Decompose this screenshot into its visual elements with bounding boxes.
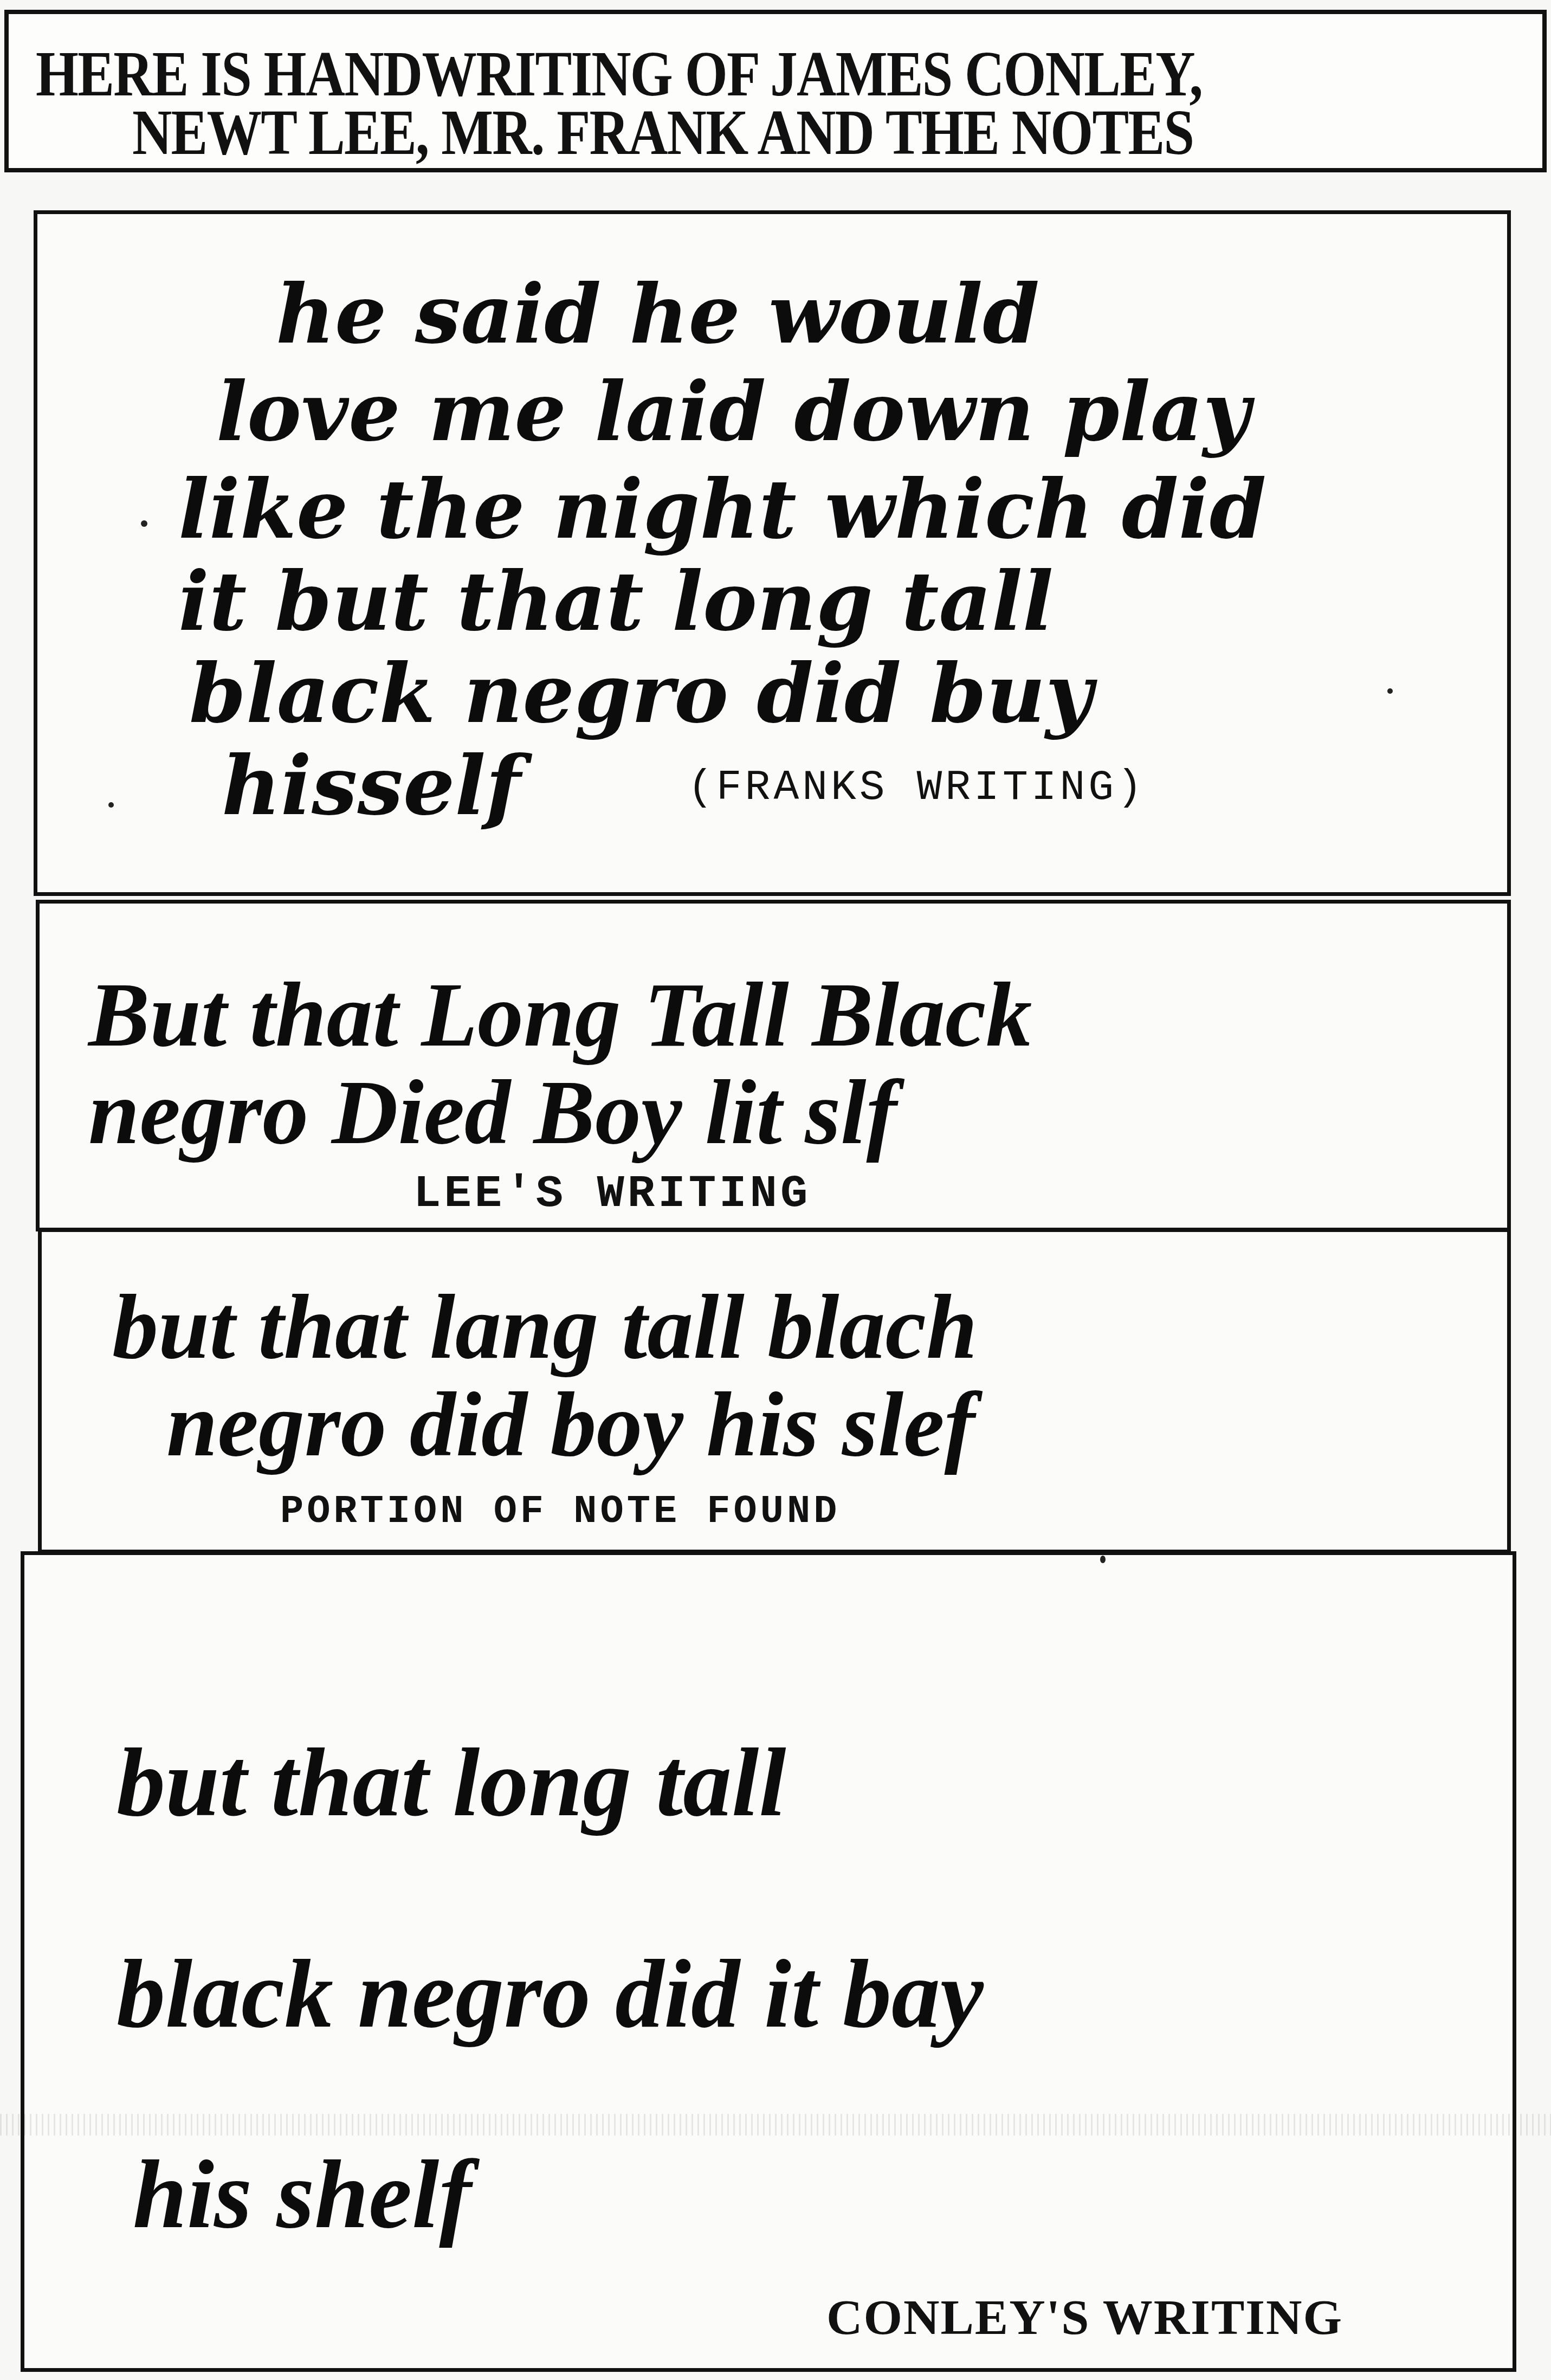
- ink-speck: [1387, 688, 1393, 694]
- handwriting-line: like the night which did: [178, 469, 1266, 550]
- handwriting-line: he said he would: [276, 274, 1039, 355]
- headline-line-2: NEWT LEE, MR. FRANK AND THE NOTES: [132, 101, 1193, 165]
- panel-caption: CONLEY'S WRITING: [826, 2292, 1343, 2342]
- panel-caption: LEE'S WRITING: [413, 1172, 811, 1217]
- handwriting-line: hisself: [222, 745, 521, 827]
- print-noise-band: [0, 2114, 1551, 2136]
- headline-box: HERE IS HANDWRITING OF JAMES CONLEY, NEW…: [4, 10, 1547, 172]
- handwriting-line: his shelf: [133, 2146, 471, 2243]
- lees-writing-panel: But that Long Tall Black negro Died Boy …: [36, 900, 1511, 1231]
- handwriting-line: it but that long tall: [178, 561, 1054, 642]
- handwriting-line: negro Died Boy lit slf: [88, 1066, 897, 1158]
- handwriting-line: black negro did it bay: [117, 1945, 984, 2043]
- note-found-panel: but that lang tall blach negro did boy h…: [38, 1228, 1511, 1553]
- handwriting-line: love me laid down play: [216, 371, 1250, 453]
- panel-caption: PORTION OF NOTE FOUND: [280, 1492, 840, 1531]
- panel-caption: (FRANKS WRITING): [688, 767, 1146, 809]
- handwriting-line: But that Long Tall Black: [88, 969, 1032, 1061]
- franks-writing-panel: he said he would love me laid down play …: [34, 210, 1511, 896]
- conleys-writing-panel: but that long tall black negro did it ba…: [21, 1551, 1516, 2372]
- handwriting-line: but that long tall: [117, 1734, 786, 1831]
- ink-speck: [108, 802, 114, 808]
- ink-speck: [1100, 1556, 1106, 1563]
- handwriting-line: negro did boy his slef: [166, 1378, 975, 1470]
- ink-speck: [141, 520, 147, 527]
- handwriting-line: but that lang tall blach: [112, 1281, 978, 1373]
- handwriting-line: black negro did buy: [189, 653, 1093, 734]
